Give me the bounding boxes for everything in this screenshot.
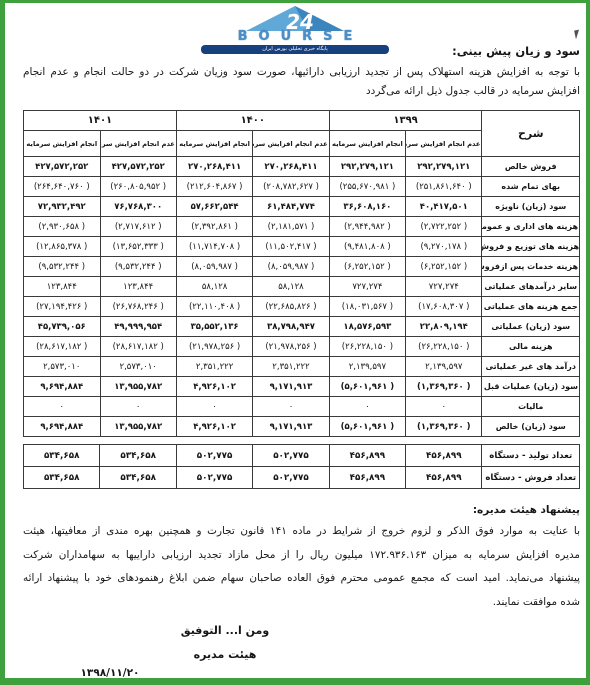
cell-4-4: (۱۳,۶۵۲,۳۳۳ ) (100, 237, 176, 257)
cell-5-2: (۸,۰۵۹,۹۸۷ ) (253, 257, 329, 277)
cell-13-3-text: ۴,۹۲۶,۱۰۲ (193, 422, 236, 432)
cell-7-3-text: (۲۲,۱۱۰,۴۰۸ ) (189, 302, 240, 312)
cell-11-4: ۱۳,۹۵۵,۷۸۲ (100, 377, 176, 397)
cell-3-1-text: (۲,۹۴۴,۹۸۲ ) (344, 222, 391, 232)
cell-3-1: (۲,۹۴۴,۹۸۲ ) (329, 217, 405, 237)
cell-4-0-text: (۹,۲۷۰,۱۷۸ ) (420, 242, 467, 252)
row-label-3: هزینه های اداری و عمومی (482, 217, 580, 237)
cell-7-0-text: (۱۷,۶۰۸,۳۰۷ ) (418, 302, 469, 312)
board-of-directors-signature: هیئت مدیره (170, 648, 280, 661)
cell-6-1-text: ۷۲۷,۲۷۴ (352, 282, 382, 292)
cell-9-3: (۲۱,۹۷۸,۲۵۶ ) (176, 337, 252, 357)
table-row-1: بهای تمام شده(۲۵۱,۸۶۱,۶۴۰ )(۲۵۵,۶۷۰,۹۸۱ … (24, 177, 580, 197)
table-row-10: درآمد های غیر عملیاتی۲,۱۳۹,۵۹۷۲,۱۳۹,۵۹۷۲… (24, 357, 580, 377)
cell-2-5: ۷۲,۹۳۲,۴۹۲ (24, 197, 101, 217)
counts-cell-0-1-text: ۴۵۶,۸۹۹ (350, 451, 386, 461)
cell-3-5-text: (۲,۹۳۰,۶۵۸ ) (38, 222, 85, 232)
cell-8-1-text: ۱۸,۵۷۶,۵۹۳ (343, 322, 391, 332)
scanned-document-page: 24 BOURSE پایگاه خبری تحلیلی بورس ایران … (0, 0, 590, 685)
cell-8-4-text: ۴۹,۹۹۹,۹۵۴ (114, 322, 162, 332)
cell-6-3: ۵۸,۱۲۸ (176, 277, 252, 297)
cell-1-3: (۲۱۲,۶۰۴,۸۶۷ ) (176, 177, 252, 197)
cell-10-0-text: ۲,۱۳۹,۵۹۷ (425, 362, 462, 372)
row-label-8: سود (زیان) عملیاتی (482, 317, 580, 337)
cell-3-5: (۲,۹۳۰,۶۵۸ ) (24, 217, 101, 237)
cell-8-3-text: ۳۵,۵۵۲,۱۳۶ (191, 322, 239, 332)
row-label-4: هزینه های توزیع و فروش (482, 237, 580, 257)
cell-1-0: (۲۵۱,۸۶۱,۶۴۰ ) (406, 177, 482, 197)
cell-1-1: (۲۵۵,۶۷۰,۹۸۱ ) (329, 177, 405, 197)
cell-5-4-text: (۹,۵۳۲,۲۴۴ ) (115, 262, 162, 272)
cell-10-3-text: ۲,۳۵۱,۲۲۲ (196, 362, 233, 372)
counts-cell-0-2: ۵۰۲,۷۷۵ (253, 445, 329, 467)
cell-9-3-text: (۲۱,۹۷۸,۲۵۶ ) (189, 342, 240, 352)
header-year-0: ۱۳۹۹ (329, 111, 482, 131)
cell-6-5-text: ۱۲۳,۸۴۴ (47, 282, 77, 292)
intro-line-2: افزایش سرمایه در قالب جدول ذیل ارائه می‌… (23, 82, 580, 101)
cell-8-2-text: ۳۸,۷۹۸,۹۴۷ (267, 322, 315, 332)
cell-8-3: ۳۵,۵۵۲,۱۳۶ (176, 317, 252, 337)
counts-cell-0-0-text: ۴۵۶,۸۹۹ (426, 451, 462, 461)
cell-10-2-text: ۲,۳۵۱,۲۲۲ (272, 362, 309, 372)
cell-8-4: ۴۹,۹۹۹,۹۵۴ (100, 317, 176, 337)
cell-0-4-text: ۴۲۷,۵۷۲,۲۵۲ (112, 162, 165, 172)
table-row-2: سود (زیان) ناویژه۴۰,۴۱۷,۵۰۱۳۶,۶۰۸,۱۶۰۶۱,… (24, 197, 580, 217)
subheader-0-1: انجام افزایش سرمایه (329, 131, 405, 157)
cell-8-0-text: ۲۲,۸۰۹,۱۹۴ (420, 322, 468, 332)
board-proposal-title: پیشنهاد هیئت مدیره: (23, 504, 580, 516)
cell-12-3-text: ۰ (212, 402, 217, 412)
cell-0-2: ۲۷۰,۲۶۸,۴۱۱ (253, 157, 329, 177)
cell-12-5: ۰ (24, 397, 101, 417)
counts-cell-0-3-text: ۵۰۲,۷۷۵ (197, 451, 233, 461)
board-proposal-paragraph: با عنایت به موارد فوق الذکر و لزوم خروج … (23, 520, 580, 614)
cell-6-2-text: ۵۸,۱۲۸ (278, 282, 304, 292)
cell-2-3-text: ۵۷,۶۶۲,۵۴۴ (191, 202, 239, 212)
cell-1-5-text: (۲۶۴,۶۴۰,۷۶۰ ) (34, 182, 90, 192)
counts-cell-1-5-text: ۵۳۴,۶۵۸ (44, 473, 80, 483)
table-row-0: فروش خالص۲۹۲,۲۷۹,۱۲۱۲۹۲,۲۷۹,۱۲۱۲۷۰,۲۶۸,۴… (24, 157, 580, 177)
cell-1-5: (۲۶۴,۶۴۰,۷۶۰ ) (24, 177, 101, 197)
cell-2-2: ۶۱,۴۸۴,۷۷۴ (253, 197, 329, 217)
cell-10-5: ۲,۵۷۳,۰۱۰ (24, 357, 101, 377)
cell-3-0: (۲,۷۲۲,۲۵۲ ) (406, 217, 482, 237)
proposal-line-1: با عنایت به موارد فوق الذکر و لزوم خروج … (23, 520, 580, 544)
cell-13-5-text: ۹,۶۹۴,۸۸۴ (40, 422, 83, 432)
cell-8-2: ۳۸,۷۹۸,۹۴۷ (253, 317, 329, 337)
row-label-6: سایر درآمدهای عملیاتی (482, 277, 580, 297)
proposal-line-3: پیشنهاد می‌نماید. امید است که مجمع عمومی… (23, 567, 580, 591)
cell-11-5: ۹,۶۹۴,۸۸۴ (24, 377, 101, 397)
cell-4-3-text: (۱۱,۷۱۴,۷۰۸ ) (189, 242, 240, 252)
counts-cell-1-0-text: ۴۵۶,۸۹۹ (426, 473, 462, 483)
cell-13-3: ۴,۹۲۶,۱۰۲ (176, 417, 252, 437)
cell-0-5: ۴۲۷,۵۷۲,۲۵۲ (24, 157, 101, 177)
cell-8-5: ۴۵,۷۳۹,۰۵۶ (24, 317, 101, 337)
table-row-6: سایر درآمدهای عملیاتی۷۲۷,۲۷۴۷۲۷,۲۷۴۵۸,۱۲… (24, 277, 580, 297)
counts-cell-0-4: ۵۳۴,۶۵۸ (100, 445, 176, 467)
cell-0-3: ۲۷۰,۲۶۸,۴۱۱ (176, 157, 252, 177)
bourse-logo-ribbon: پایگاه خبری تحلیلی بورس ایران (201, 45, 389, 54)
cell-1-0-text: (۲۵۱,۸۶۱,۶۴۰ ) (416, 182, 472, 192)
cell-10-2: ۲,۳۵۱,۲۲۲ (253, 357, 329, 377)
cell-9-4-text: (۲۸,۶۱۷,۱۸۲ ) (113, 342, 164, 352)
cell-2-3: ۵۷,۶۶۲,۵۴۴ (176, 197, 252, 217)
cell-3-4-text: (۲,۷۱۷,۶۱۲ ) (115, 222, 162, 232)
cell-6-0-text: ۷۲۷,۲۷۴ (429, 282, 459, 292)
cell-13-1-text: (۵,۶۰۱,۹۶۱ ) (341, 422, 395, 432)
cell-2-2-text: ۶۱,۴۸۴,۷۷۴ (267, 202, 315, 212)
header-year-row: شرح۱۳۹۹۱۴۰۰۱۴۰۱ (24, 111, 580, 131)
cell-2-1: ۳۶,۶۰۸,۱۶۰ (329, 197, 405, 217)
bourse-logo-wordmark: BOURSE (188, 29, 402, 44)
counts-cell-1-1-text: ۴۵۶,۸۹۹ (350, 473, 386, 483)
cell-4-5-text: (۱۲,۸۶۵,۳۷۸ ) (36, 242, 87, 252)
cell-13-5: ۹,۶۹۴,۸۸۴ (24, 417, 101, 437)
cell-4-2: (۱۱,۵۰۲,۴۱۷ ) (253, 237, 329, 257)
cell-1-2-text: (۲۰۸,۷۸۲,۶۲۷ ) (263, 182, 319, 192)
counts-cell-0-1: ۴۵۶,۸۹۹ (329, 445, 405, 467)
cell-5-5: (۹,۵۳۲,۲۴۴ ) (24, 257, 101, 277)
subheader-2-0: عدم انجام افزایش سرمایه (100, 131, 176, 157)
cell-12-1-text: ۰ (365, 402, 370, 412)
subheader-0-0: عدم انجام افزایش سرمایه (406, 131, 482, 157)
cell-12-4-text: ۰ (136, 402, 141, 412)
cell-0-1: ۲۹۲,۲۷۹,۱۲۱ (329, 157, 405, 177)
cell-10-1-text: ۲,۱۳۹,۵۹۷ (349, 362, 386, 372)
subheader-1-1: انجام افزایش سرمایه (176, 131, 252, 157)
row-label-2: سود (زیان) ناویژه (482, 197, 580, 217)
cell-3-2: (۲,۱۸۱,۵۷۱ ) (253, 217, 329, 237)
cell-5-1: (۶,۲۵۲,۱۵۲ ) (329, 257, 405, 277)
cell-1-4-text: (۲۶۰,۸۰۵,۹۵۲ ) (110, 182, 166, 192)
cell-0-1-text: ۲۹۲,۲۷۹,۱۲۱ (341, 162, 394, 172)
cell-2-4-text: ۷۶,۷۶۸,۳۰۰ (114, 202, 162, 212)
intro-paragraph: با توجه به افزایش هزینه استهلاک پس از تج… (23, 63, 580, 101)
row-label-5: هزینه خدمات پس ازفروش (482, 257, 580, 277)
cell-11-4-text: ۱۳,۹۵۵,۷۸۲ (114, 382, 162, 392)
cell-10-3: ۲,۳۵۱,۲۲۲ (176, 357, 252, 377)
counts-cell-1-2: ۵۰۲,۷۷۵ (253, 467, 329, 489)
cell-2-0: ۴۰,۴۱۷,۵۰۱ (406, 197, 482, 217)
cell-1-1-text: (۲۵۵,۶۷۰,۹۸۱ ) (339, 182, 395, 192)
cell-10-0: ۲,۱۳۹,۵۹۷ (406, 357, 482, 377)
row-label-0: فروش خالص (482, 157, 580, 177)
unit-counts-table: تعداد تولید - دستگاه۴۵۶,۸۹۹۴۵۶,۸۹۹۵۰۲,۷۷… (23, 444, 580, 489)
cell-13-2: ۹,۱۷۱,۹۱۳ (253, 417, 329, 437)
counts-cell-1-3-text: ۵۰۲,۷۷۵ (197, 473, 233, 483)
cell-12-4: ۰ (100, 397, 176, 417)
counts-row-0: تعداد تولید - دستگاه۴۵۶,۸۹۹۴۵۶,۸۹۹۵۰۲,۷۷… (24, 445, 580, 467)
counts-cell-0-4-text: ۵۳۴,۶۵۸ (120, 451, 156, 461)
counts-cell-0-5: ۵۳۴,۶۵۸ (24, 445, 100, 467)
cell-8-0: ۲۲,۸۰۹,۱۹۴ (406, 317, 482, 337)
closing-blessing: ومن ا... التوفیق (170, 624, 280, 637)
cell-13-0-text: (۱,۳۶۹,۳۶۰ ) (417, 422, 471, 432)
cell-12-0-text: ۰ (442, 402, 447, 412)
cell-6-2: ۵۸,۱۲۸ (253, 277, 329, 297)
table-row-7: جمع هزینه های عملیاتی(۱۷,۶۰۸,۳۰۷ )(۱۸,۰۳… (24, 297, 580, 317)
cell-4-1: (۹,۴۸۱,۸۰۸ ) (329, 237, 405, 257)
counts-cell-1-4: ۵۳۴,۶۵۸ (100, 467, 176, 489)
cell-8-5-text: ۴۵,۷۳۹,۰۵۶ (38, 322, 86, 332)
cell-7-5: (۲۷,۱۹۴,۴۲۶ ) (24, 297, 101, 317)
proposal-line-4: شده موافقت نمایند. (23, 591, 580, 615)
cell-5-0-text: (۶,۲۵۲,۱۵۲ ) (420, 262, 467, 272)
subheader-2-1: انجام افزایش سرمایه (24, 131, 101, 157)
cell-12-1: ۰ (329, 397, 405, 417)
cell-1-3-text: (۲۱۲,۶۰۴,۸۶۷ ) (187, 182, 243, 192)
cell-4-5: (۱۲,۸۶۵,۳۷۸ ) (24, 237, 101, 257)
cell-4-1-text: (۹,۴۸۱,۸۰۸ ) (344, 242, 391, 252)
cell-5-2-text: (۸,۰۵۹,۹۸۷ ) (268, 262, 315, 272)
table-row-11: سود (زیان) عملیات قبل از مالیات(۱,۳۶۹,۳۶… (24, 377, 580, 397)
counts-cell-1-4-text: ۵۳۴,۶۵۸ (120, 473, 156, 483)
cell-6-3-text: ۵۸,۱۲۸ (202, 282, 228, 292)
cell-11-2-text: ۹,۱۷۱,۹۱۳ (270, 382, 313, 392)
cell-7-1-text: (۱۸,۰۳۱,۵۶۷ ) (342, 302, 393, 312)
counts-cell-1-2-text: ۵۰۲,۷۷۵ (273, 473, 309, 483)
cell-11-0: (۱,۳۶۹,۳۶۰ ) (406, 377, 482, 397)
cell-0-2-text: ۲۷۰,۲۶۸,۴۱۱ (264, 162, 317, 172)
cell-3-4: (۲,۷۱۷,۶۱۲ ) (100, 217, 176, 237)
cell-3-0-text: (۲,۷۲۲,۲۵۲ ) (420, 222, 467, 232)
cell-11-3: ۴,۹۲۶,۱۰۲ (176, 377, 252, 397)
cell-9-0-text: (۲۶,۲۲۸,۱۵۰ ) (418, 342, 469, 352)
cell-2-0-text: ۴۰,۴۱۷,۵۰۱ (420, 202, 468, 212)
cell-3-2-text: (۲,۱۸۱,۵۷۱ ) (268, 222, 315, 232)
cell-13-2-text: ۹,۱۷۱,۹۱۳ (270, 422, 313, 432)
cell-12-3: ۰ (176, 397, 252, 417)
table-row-3: هزینه های اداری و عمومی(۲,۷۲۲,۲۵۲ )(۲,۹۴… (24, 217, 580, 237)
cell-6-5: ۱۲۳,۸۴۴ (24, 277, 101, 297)
row-label-11: سود (زیان) عملیات قبل از مالیات (482, 377, 580, 397)
cell-9-4: (۲۸,۶۱۷,۱۸۲ ) (100, 337, 176, 357)
cell-7-3: (۲۲,۱۱۰,۴۰۸ ) (176, 297, 252, 317)
cell-9-2-text: (۲۱,۹۷۸,۲۵۶ ) (265, 342, 316, 352)
proposal-line-2: مدیره افزایش سرمایه به میزان ۱۷۲.۹۳۶.۱۶۳… (23, 544, 580, 568)
cell-1-4: (۲۶۰,۸۰۵,۹۵۲ ) (100, 177, 176, 197)
cell-9-1: (۲۶,۲۲۸,۱۵۰ ) (329, 337, 405, 357)
cell-2-1-text: ۳۶,۶۰۸,۱۶۰ (343, 202, 391, 212)
subheader-1-0: عدم انجام افزایش سرمایه (253, 131, 329, 157)
cell-0-5-text: ۴۲۷,۵۷۲,۲۵۲ (35, 162, 88, 172)
table-row-13: سود (زیان) خالص(۱,۳۶۹,۳۶۰ )(۵,۶۰۱,۹۶۱ )۹… (24, 417, 580, 437)
cell-10-4-text: ۲,۵۷۳,۰۱۰ (120, 362, 157, 372)
row-label-13: سود (زیان) خالص (482, 417, 580, 437)
cell-0-3-text: ۲۷۰,۲۶۸,۴۱۱ (188, 162, 241, 172)
row-label-12: مالیات (482, 397, 580, 417)
counts-label-1: تعداد فروش - دستگاه (482, 467, 580, 489)
cell-9-5: (۲۸,۶۱۷,۱۸۲ ) (24, 337, 101, 357)
cell-3-3: (۲,۳۹۲,۸۶۱ ) (176, 217, 252, 237)
cell-10-1: ۲,۱۳۹,۵۹۷ (329, 357, 405, 377)
cell-9-1-text: (۲۶,۲۲۸,۱۵۰ ) (342, 342, 393, 352)
bourse-logo-mountain-icon: 24 (220, 5, 370, 32)
header-year-2: ۱۴۰۱ (24, 111, 177, 131)
cell-6-1: ۷۲۷,۲۷۴ (329, 277, 405, 297)
cell-7-0: (۱۷,۶۰۸,۳۰۷ ) (406, 297, 482, 317)
counts-cell-1-5: ۵۳۴,۶۵۸ (24, 467, 100, 489)
counts-row-1: تعداد فروش - دستگاه۴۵۶,۸۹۹۴۵۶,۸۹۹۵۰۲,۷۷۵… (24, 467, 580, 489)
cell-5-4: (۹,۵۳۲,۲۴۴ ) (100, 257, 176, 277)
cell-13-0: (۱,۳۶۹,۳۶۰ ) (406, 417, 482, 437)
cell-6-4-text: ۱۲۳,۸۴۴ (123, 282, 153, 292)
cell-7-5-text: (۲۷,۱۹۴,۴۲۶ ) (36, 302, 87, 312)
cell-7-2-text: (۲۲,۶۸۵,۸۲۶ ) (265, 302, 316, 312)
cell-7-4-text: (۲۶,۷۶۸,۲۴۶ ) (113, 302, 164, 312)
cell-13-4: ۱۳,۹۵۵,۷۸۲ (100, 417, 176, 437)
cell-2-4: ۷۶,۷۶۸,۳۰۰ (100, 197, 176, 217)
cell-11-1: (۵,۶۰۱,۹۶۱ ) (329, 377, 405, 397)
row-label-7: جمع هزینه های عملیاتی (482, 297, 580, 317)
cell-13-4-text: ۱۳,۹۵۵,۷۸۲ (114, 422, 162, 432)
cell-4-3: (۱۱,۷۱۴,۷۰۸ ) (176, 237, 252, 257)
counts-cell-0-5-text: ۵۳۴,۶۵۸ (44, 451, 80, 461)
cell-12-5-text: ۰ (59, 402, 64, 412)
cell-11-3-text: ۴,۹۲۶,۱۰۲ (193, 382, 236, 392)
cell-5-5-text: (۹,۵۳۲,۲۴۴ ) (38, 262, 85, 272)
table-row-5: هزینه خدمات پس ازفروش(۶,۲۵۲,۱۵۲ )(۶,۲۵۲,… (24, 257, 580, 277)
cell-5-3: (۸,۰۵۹,۹۸۷ ) (176, 257, 252, 277)
counts-cell-1-0: ۴۵۶,۸۹۹ (406, 467, 482, 489)
table-row-9: هزینه مالی(۲۶,۲۲۸,۱۵۰ )(۲۶,۲۲۸,۱۵۰ )(۲۱,… (24, 337, 580, 357)
cell-7-2: (۲۲,۶۸۵,۸۲۶ ) (253, 297, 329, 317)
row-label-9: هزینه مالی (482, 337, 580, 357)
bourse-logo: 24 BOURSE پایگاه خبری تحلیلی بورس ایران (188, 5, 402, 54)
cell-10-5-text: ۲,۵۷۳,۰۱۰ (43, 362, 80, 372)
cell-12-2-text: ۰ (289, 402, 294, 412)
cell-11-1-text: (۵,۶۰۱,۹۶۱ ) (341, 382, 395, 392)
cell-7-4: (۲۶,۷۶۸,۲۴۶ ) (100, 297, 176, 317)
cell-3-3-text: (۲,۳۹۲,۸۶۱ ) (191, 222, 238, 232)
cell-9-0: (۲۶,۲۲۸,۱۵۰ ) (406, 337, 482, 357)
cell-9-5-text: (۲۸,۶۱۷,۱۸۲ ) (36, 342, 87, 352)
table-row-4: هزینه های توزیع و فروش(۹,۲۷۰,۱۷۸ )(۹,۴۸۱… (24, 237, 580, 257)
document-content: سود و زیان پیش بینی: با توجه به افزایش ه… (5, 3, 586, 614)
counts-label-0: تعداد تولید - دستگاه (482, 445, 580, 467)
cell-5-0: (۶,۲۵۲,۱۵۲ ) (406, 257, 482, 277)
cell-0-4: ۴۲۷,۵۷۲,۲۵۲ (100, 157, 176, 177)
row-label-1: بهای تمام شده (482, 177, 580, 197)
counts-cell-0-3: ۵۰۲,۷۷۵ (176, 445, 252, 467)
signature-date: ۱۳۹۸/۱۱/۲۰ (75, 667, 145, 679)
cell-4-0: (۹,۲۷۰,۱۷۸ ) (406, 237, 482, 257)
counts-cell-1-3: ۵۰۲,۷۷۵ (176, 467, 252, 489)
cell-12-2: ۰ (253, 397, 329, 417)
cell-5-1-text: (۶,۲۵۲,۱۵۲ ) (344, 262, 391, 272)
cell-0-0: ۲۹۲,۲۷۹,۱۲۱ (406, 157, 482, 177)
counts-cell-0-2-text: ۵۰۲,۷۷۵ (273, 451, 309, 461)
intro-line-1: با توجه به افزایش هزینه استهلاک پس از تج… (23, 63, 580, 82)
cell-10-4: ۲,۵۷۳,۰۱۰ (100, 357, 176, 377)
cell-8-1: ۱۸,۵۷۶,۵۹۳ (329, 317, 405, 337)
row-label-10: درآمد های غیر عملیاتی (482, 357, 580, 377)
counts-cell-1-1: ۴۵۶,۸۹۹ (329, 467, 405, 489)
cell-1-2: (۲۰۸,۷۸۲,۶۲۷ ) (253, 177, 329, 197)
counts-cell-0-0: ۴۵۶,۸۹۹ (406, 445, 482, 467)
cell-11-2: ۹,۱۷۱,۹۱۳ (253, 377, 329, 397)
profit-loss-table: شرح۱۳۹۹۱۴۰۰۱۴۰۱عدم انجام افزایش سرمایهان… (23, 110, 580, 437)
cell-4-4-text: (۱۳,۶۵۲,۳۳۳ ) (113, 242, 164, 252)
cell-12-0: ۰ (406, 397, 482, 417)
cell-11-5-text: ۹,۶۹۴,۸۸۴ (40, 382, 83, 392)
cell-6-4: ۱۲۳,۸۴۴ (100, 277, 176, 297)
cell-9-2: (۲۱,۹۷۸,۲۵۶ ) (253, 337, 329, 357)
table-row-8: سود (زیان) عملیاتی۲۲,۸۰۹,۱۹۴۱۸,۵۷۶,۵۹۳۳۸… (24, 317, 580, 337)
header-description-cell: شرح (482, 111, 580, 157)
cell-4-2-text: (۱۱,۵۰۲,۴۱۷ ) (265, 242, 316, 252)
cell-6-0: ۷۲۷,۲۷۴ (406, 277, 482, 297)
cell-2-5-text: ۷۲,۹۳۲,۴۹۲ (38, 202, 86, 212)
header-year-1: ۱۴۰۰ (176, 111, 329, 131)
cell-5-3-text: (۸,۰۵۹,۹۸۷ ) (191, 262, 238, 272)
table-row-12: مالیات۰۰۰۰۰۰ (24, 397, 580, 417)
cell-11-0-text: (۱,۳۶۹,۳۶۰ ) (417, 382, 471, 392)
cell-0-0-text: ۲۹۲,۲۷۹,۱۲۱ (417, 162, 470, 172)
cell-7-1: (۱۸,۰۳۱,۵۶۷ ) (329, 297, 405, 317)
cell-13-1: (۵,۶۰۱,۹۶۱ ) (329, 417, 405, 437)
